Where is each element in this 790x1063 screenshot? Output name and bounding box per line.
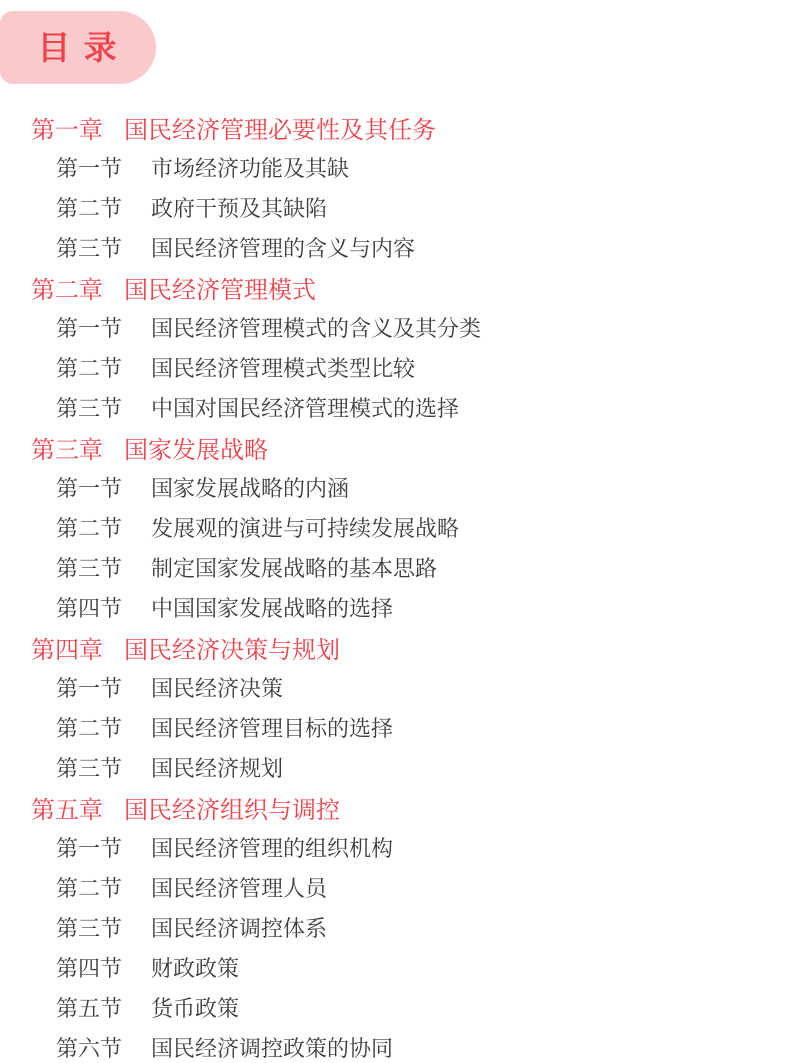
section-title: 货币政策 — [151, 992, 239, 1023]
section-row: 第二节政府干预及其缺陷 — [0, 187, 790, 227]
chapter-title: 国民经济管理模式 — [124, 270, 316, 305]
section-title: 财政政策 — [151, 952, 239, 983]
toc-header-badge: 目 录 — [0, 11, 156, 84]
section-label: 第四节 — [56, 952, 122, 983]
section-title: 发展观的演进与可持续发展战略 — [151, 512, 459, 543]
chapter-label: 第四章 — [31, 630, 103, 665]
chapter-row: 第二章国民经济管理模式 — [0, 267, 790, 307]
chapter-label: 第一章 — [31, 110, 103, 145]
section-label: 第一节 — [56, 312, 122, 343]
section-label: 第二节 — [56, 352, 122, 383]
section-title: 政府干预及其缺陷 — [151, 192, 327, 223]
section-row: 第二节发展观的演进与可持续发展战略 — [0, 507, 790, 547]
section-title: 国民经济管理人员 — [151, 872, 327, 903]
section-row: 第三节国民经济规划 — [0, 747, 790, 787]
section-label: 第三节 — [56, 232, 122, 263]
toc-page: 目 录 第一章国民经济管理必要性及其任务第一节市场经济功能及其缺第二节政府干预及… — [0, 0, 790, 1063]
section-label: 第三节 — [56, 552, 122, 583]
section-label: 第二节 — [56, 512, 122, 543]
section-row: 第四节中国国家发展战略的选择 — [0, 587, 790, 627]
section-title: 国民经济规划 — [151, 752, 283, 783]
section-row: 第三节国民经济管理的含义与内容 — [0, 227, 790, 267]
section-row: 第六节国民经济调控政策的协同 — [0, 1027, 790, 1063]
section-row: 第二节国民经济管理模式类型比较 — [0, 347, 790, 387]
section-row: 第三节国民经济调控体系 — [0, 907, 790, 947]
section-row: 第一节国民经济管理的组织机构 — [0, 827, 790, 867]
section-label: 第一节 — [56, 152, 122, 183]
section-row: 第一节国家发展战略的内涵 — [0, 467, 790, 507]
toc-header-title: 目 录 — [37, 31, 118, 64]
section-row: 第一节国民经济决策 — [0, 667, 790, 707]
section-label: 第三节 — [56, 392, 122, 423]
section-row: 第三节制定国家发展战略的基本思路 — [0, 547, 790, 587]
section-label: 第二节 — [56, 712, 122, 743]
section-row: 第四节财政政策 — [0, 947, 790, 987]
section-label: 第五节 — [56, 992, 122, 1023]
section-label: 第一节 — [56, 832, 122, 863]
section-title: 国民经济调控政策的协同 — [151, 1032, 393, 1063]
section-title: 国民经济管理模式的含义及其分类 — [151, 312, 481, 343]
section-title: 国民经济管理的含义与内容 — [151, 232, 415, 263]
chapter-title: 国家发展战略 — [124, 430, 268, 465]
chapter-row: 第三章国家发展战略 — [0, 427, 790, 467]
section-label: 第二节 — [56, 872, 122, 903]
chapter-row: 第五章国民经济组织与调控 — [0, 787, 790, 827]
section-row: 第三节中国对国民经济管理模式的选择 — [0, 387, 790, 427]
chapter-title: 国民经济管理必要性及其任务 — [124, 110, 436, 145]
section-label: 第三节 — [56, 752, 122, 783]
section-label: 第一节 — [56, 672, 122, 703]
section-label: 第一节 — [56, 472, 122, 503]
section-title: 国民经济管理目标的选择 — [151, 712, 393, 743]
section-title: 国民经济管理的组织机构 — [151, 832, 393, 863]
section-title: 市场经济功能及其缺 — [151, 152, 349, 183]
chapter-label: 第三章 — [31, 430, 103, 465]
section-title: 国民经济调控体系 — [151, 912, 327, 943]
section-row: 第二节国民经济管理人员 — [0, 867, 790, 907]
section-row: 第五节货币政策 — [0, 987, 790, 1027]
section-title: 中国国家发展战略的选择 — [151, 592, 393, 623]
section-label: 第二节 — [56, 192, 122, 223]
section-title: 国民经济管理模式类型比较 — [151, 352, 415, 383]
section-title: 制定国家发展战略的基本思路 — [151, 552, 437, 583]
section-label: 第六节 — [56, 1032, 122, 1063]
section-label: 第四节 — [56, 592, 122, 623]
section-title: 国家发展战略的内涵 — [151, 472, 349, 503]
chapter-title: 国民经济组织与调控 — [124, 790, 340, 825]
section-label: 第三节 — [56, 912, 122, 943]
chapter-label: 第五章 — [31, 790, 103, 825]
section-row: 第一节国民经济管理模式的含义及其分类 — [0, 307, 790, 347]
chapter-title: 国民经济决策与规划 — [124, 630, 340, 665]
section-row: 第一节市场经济功能及其缺 — [0, 147, 790, 187]
chapter-row: 第一章国民经济管理必要性及其任务 — [0, 107, 790, 147]
section-title: 国民经济决策 — [151, 672, 283, 703]
section-title: 中国对国民经济管理模式的选择 — [151, 392, 459, 423]
chapter-label: 第二章 — [31, 270, 103, 305]
toc-list: 第一章国民经济管理必要性及其任务第一节市场经济功能及其缺第二节政府干预及其缺陷第… — [0, 107, 790, 1063]
chapter-row: 第四章国民经济决策与规划 — [0, 627, 790, 667]
section-row: 第二节国民经济管理目标的选择 — [0, 707, 790, 747]
